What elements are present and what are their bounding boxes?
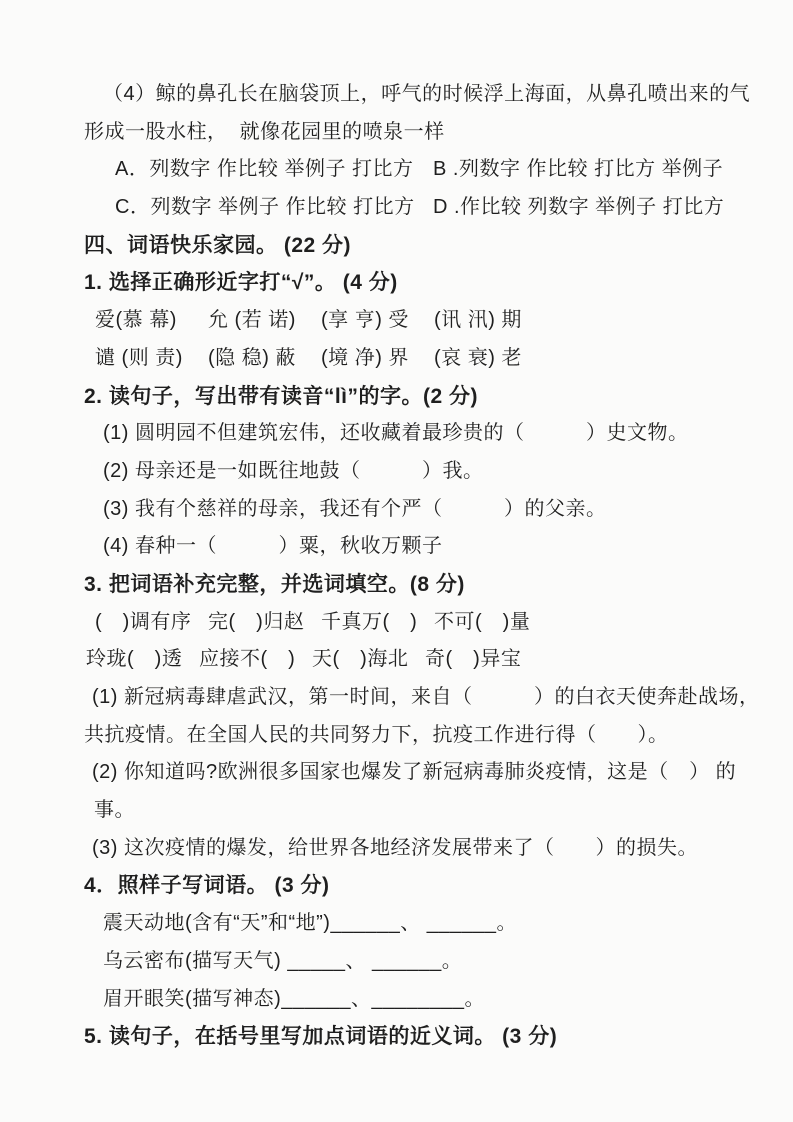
q3-word-cell: 天( )海北: [312, 641, 425, 679]
choice-option-d: D .作比较 列数字 举例子 打比方: [433, 189, 724, 227]
q1-word-row-2: 谴 (则 责) (隐 稳) 蔽 (境 净) 界 (哀 衰) 老: [84, 340, 723, 378]
q1-word-cell: (享 亨) 受: [321, 302, 434, 340]
q1-word-cell: 允 (若 诺): [208, 302, 321, 340]
q3-word-cell: 千真万( ): [321, 604, 434, 642]
q1-title: 1. 选择正确形近字打“√”。 (4 分): [84, 264, 723, 302]
q3-word-cell: 玲珑( )透: [86, 641, 199, 679]
choice-option-b: B .列数字 作比较 打比方 举例子: [433, 151, 723, 189]
q3-word-cell: 奇( )异宝: [425, 641, 521, 679]
q3-title: 3. 把词语补充完整，并选词填空。(8 分): [84, 566, 723, 604]
q3-item-1-line-2: 共抗疫情。在全国人民的共同努力下，抗疫工作进行得（ ）。: [84, 717, 723, 755]
prev-question-stem-line2: 形成一股水柱， 就像花园里的喷泉一样: [84, 114, 723, 152]
q4-item-3: 眉开眼笑(描写神态)______、________。: [84, 981, 723, 1019]
exam-paper-page: （4）鲸的鼻孔长在脑袋顶上，呼气的时候浮上海面，从鼻孔喷出来的气 形成一股水柱，…: [0, 0, 793, 1122]
q3-word-cell: 应接不( ): [199, 641, 312, 679]
q1-word-cell: (隐 稳) 蔽: [208, 340, 321, 378]
q1-word-cell: (境 净) 界: [321, 340, 434, 378]
q3-word-row-2: 玲珑( )透 应接不( ) 天( )海北 奇( )异宝: [84, 641, 723, 679]
q2-item-3: (3) 我有个慈祥的母亲，我还有个严（ ）的父亲。: [84, 491, 723, 529]
choice-option-a: A．列数字 作比较 举例子 打比方: [115, 151, 433, 189]
q2-title: 2. 读句子，写出带有读音“lì”的字。(2 分): [84, 378, 723, 416]
prev-question-stem-line1: （4）鲸的鼻孔长在脑袋顶上，呼气的时候浮上海面，从鼻孔喷出来的气: [84, 76, 723, 114]
q2-item-4: (4) 春种一（ ）粟，秋收万颗子: [84, 528, 723, 566]
choice-row-ab: A．列数字 作比较 举例子 打比方 B .列数字 作比较 打比方 举例子: [84, 151, 723, 189]
choice-option-c: C．列数字 举例子 作比较 打比方: [115, 189, 433, 227]
q3-item-3: (3) 这次疫情的爆发，给世界各地经济发展带来了（ ）的损失。: [84, 830, 723, 868]
section-heading: 四、词语快乐家园。 (22 分): [84, 227, 723, 265]
q3-word-cell: ( )调有序: [95, 604, 208, 642]
q3-word-row-1: ( )调有序 完( )归赵 千真万( ) 不可( )量: [84, 604, 723, 642]
choice-row-cd: C．列数字 举例子 作比较 打比方 D .作比较 列数字 举例子 打比方: [84, 189, 723, 227]
q5-title: 5. 读句子，在括号里写加点词语的近义词。 (3 分): [84, 1018, 723, 1056]
q1-word-cell: 谴 (则 责): [95, 340, 208, 378]
q3-word-cell: 不可( )量: [434, 604, 530, 642]
q1-word-cell: (哀 衰) 老: [434, 340, 522, 378]
q1-word-cell: 爱(慕 幕): [95, 302, 208, 340]
q3-item-2-line-1: (2) 你知道吗?欧洲很多国家也爆发了新冠病毒肺炎疫情，这是（ ） 的: [84, 754, 723, 792]
q4-item-1: 震天动地(含有“天”和“地”)______、 ______。: [84, 905, 723, 943]
q1-word-row-1: 爱(慕 幕) 允 (若 诺) (享 亨) 受 (讯 汛) 期: [84, 302, 723, 340]
q3-item-1-line-1: (1) 新冠病毒肆虐武汉，第一时间，来自（ ）的白衣天使奔赴战场，: [84, 679, 723, 717]
q3-word-cell: 完( )归赵: [208, 604, 321, 642]
q4-title: 4．照样子写词语。 (3 分): [84, 867, 723, 905]
q2-item-1: (1) 圆明园不但建筑宏伟，还收藏着最珍贵的（ ）史文物。: [84, 415, 723, 453]
q3-item-2-line-2: 事。: [84, 792, 723, 830]
q2-item-2: (2) 母亲还是一如既往地鼓（ ）我。: [84, 453, 723, 491]
q4-item-2: 乌云密布(描写天气) _____、 ______。: [84, 943, 723, 981]
q1-word-cell: (讯 汛) 期: [434, 302, 522, 340]
